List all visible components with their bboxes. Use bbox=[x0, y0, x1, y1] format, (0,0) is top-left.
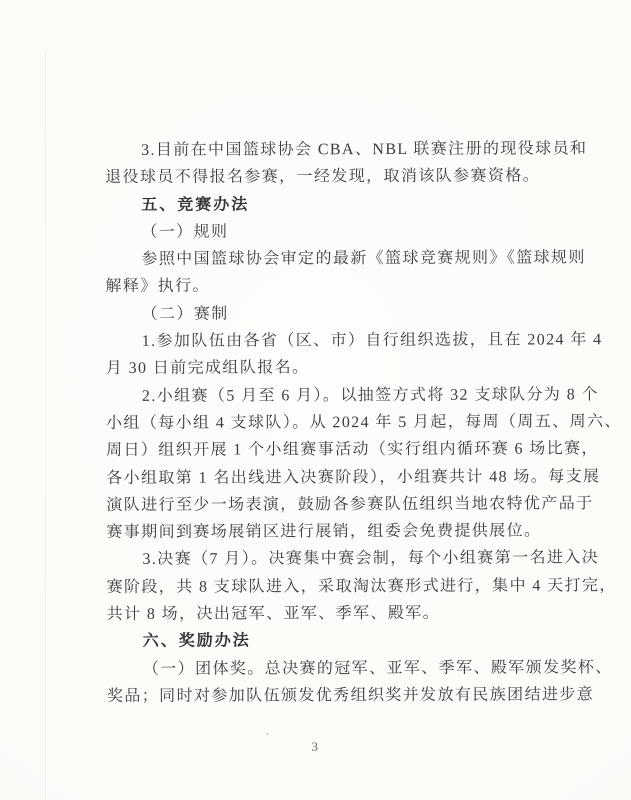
section-heading: 五、竞赛办法 bbox=[105, 190, 541, 219]
text-line: （一）规则 bbox=[105, 217, 541, 246]
page-number: 3 bbox=[105, 739, 525, 755]
text-line: 奖品；同时对参加队伍颁发优秀组织奖并发放有民族团结进步意 bbox=[107, 681, 543, 710]
scan-speck bbox=[266, 733, 269, 735]
text-line: 月 30 日前完成组队报名。 bbox=[106, 354, 542, 383]
text-line: 各小组取第 1 名出线进入决赛阶段），小组赛共计 48 场。每支展 bbox=[106, 463, 542, 492]
scanned-document-page: 3.目前在中国篮球协会 CBA、NBL 联赛注册的现役球员和退役球员不得报名参赛… bbox=[0, 0, 631, 800]
text-line: 解释》执行。 bbox=[105, 272, 541, 301]
document-body: 3.目前在中国篮球协会 CBA、NBL 联赛注册的现役球员和退役球员不得报名参赛… bbox=[105, 135, 543, 710]
text-line: 2.小组赛（5 月至 6 月）。以抽签方式将 32 支球队分为 8 个 bbox=[106, 381, 542, 410]
text-line: 演队进行至少一场表演，鼓励各参赛队伍组织当地农特优产品于 bbox=[106, 490, 542, 519]
section-heading: 六、奖励办法 bbox=[107, 627, 543, 656]
text-line: 退役球员不得报名参赛，一经发现，取消该队参赛资格。 bbox=[105, 163, 541, 192]
text-line: 共计 8 场，决出冠军、亚军、季军、殿军。 bbox=[107, 600, 543, 629]
text-line: 小组（每小组 4 支球队）。从 2024 年 5 月起，每周（周五、周六、 bbox=[106, 408, 542, 437]
text-line: 3.目前在中国篮球协会 CBA、NBL 联赛注册的现役球员和 bbox=[105, 135, 541, 164]
text-line: 3.决赛（7 月）。决赛集中赛会制，每个小组赛第一名进入决 bbox=[106, 545, 542, 574]
text-line: （二）赛制 bbox=[106, 299, 542, 328]
page-edge-line bbox=[45, 52, 46, 800]
text-line: （一）团体奖。总决赛的冠军、亚军、季军、殿军颁发奖杯、 bbox=[107, 654, 543, 683]
text-line: 周日）组织开展 1 个小组赛事活动（实行组内循环赛 6 场比赛， bbox=[106, 436, 542, 465]
text-lines: 3.目前在中国篮球协会 CBA、NBL 联赛注册的现役球员和退役球员不得报名参赛… bbox=[105, 135, 543, 710]
text-line: 参照中国篮球协会审定的最新《篮球竞赛规则》《篮球规则 bbox=[105, 245, 541, 274]
text-line: 赛事期间到赛场展销区进行展销，组委会免费提供展位。 bbox=[106, 518, 542, 547]
text-line: 1.参加队伍由各省（区、市）自行组织选拔，且在 2024 年 4 bbox=[106, 327, 542, 356]
text-line: 赛阶段，共 8 支球队进入，采取淘汰赛形式进行，集中 4 天打完， bbox=[107, 572, 543, 601]
